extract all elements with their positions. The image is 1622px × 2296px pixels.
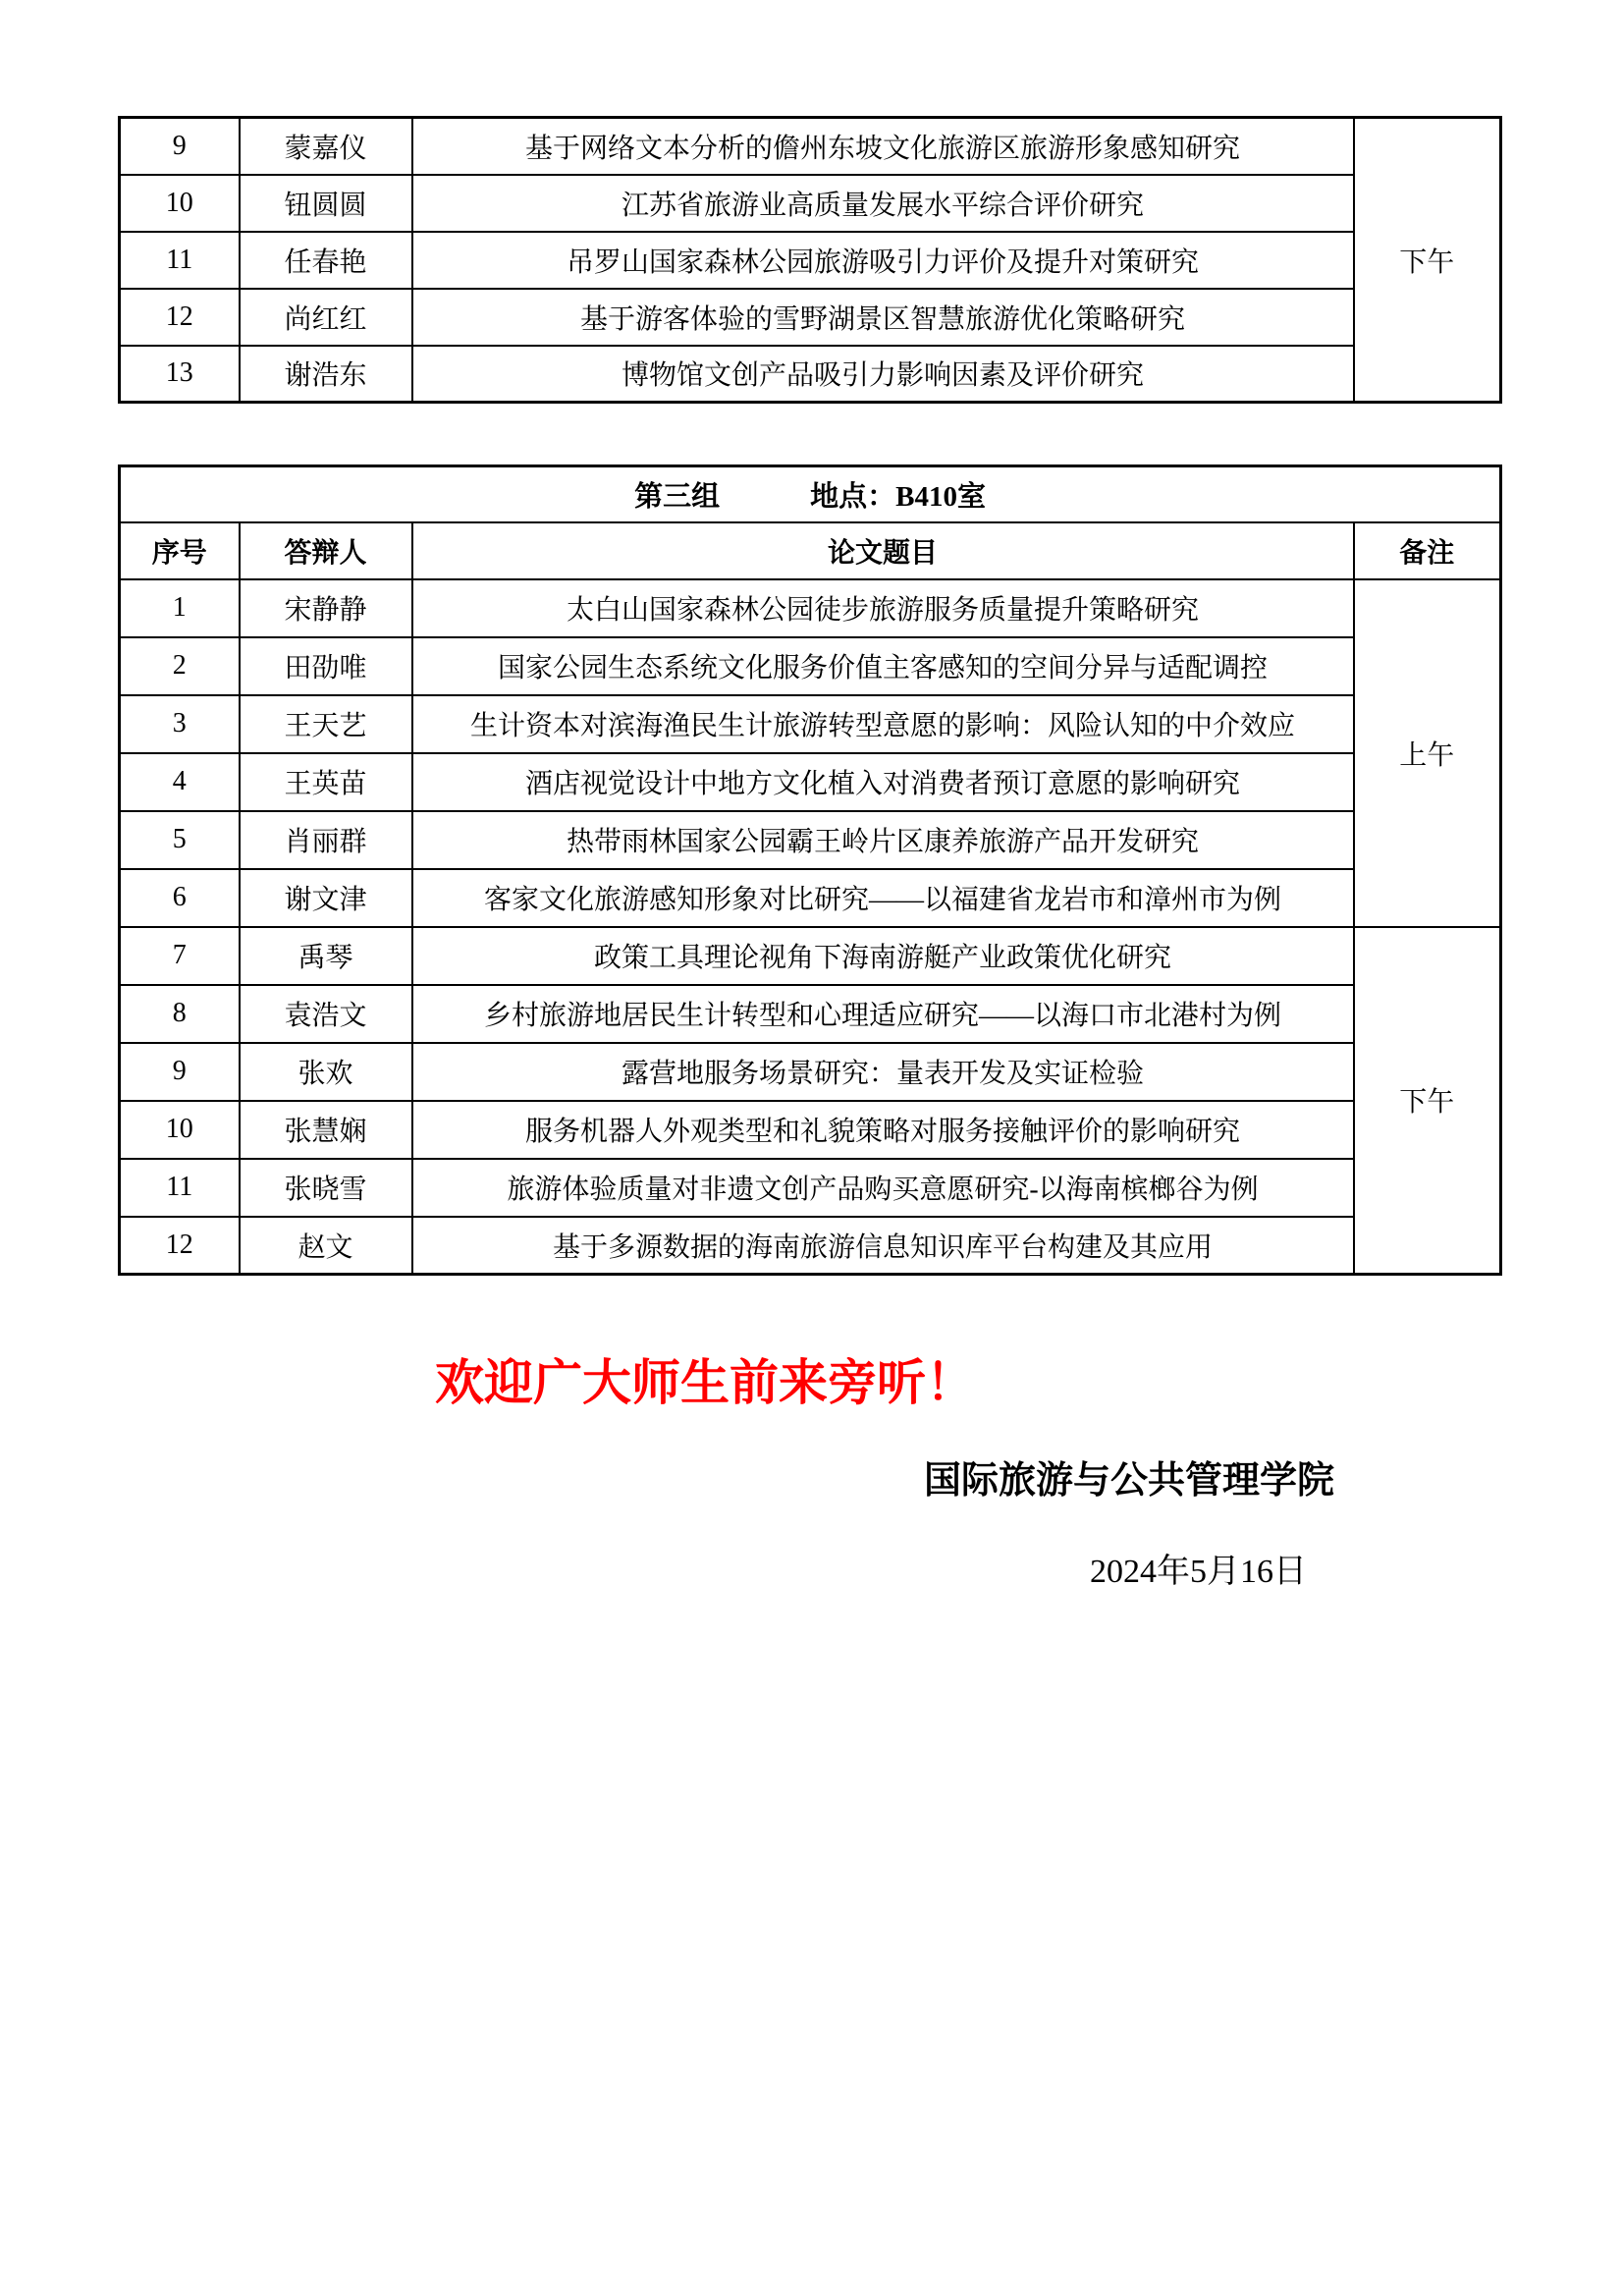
thesis-title: 基于网络文本分析的儋州东坡文化旅游区旅游形象感知研究 bbox=[412, 118, 1354, 175]
header-row: 序号 答辩人 论文题目 备注 bbox=[120, 522, 1501, 579]
row-number: 1 bbox=[120, 579, 240, 637]
group-table-continuation: 9 蒙嘉仪 基于网络文本分析的儋州东坡文化旅游区旅游形象感知研究 下午 10 钮… bbox=[118, 116, 1502, 404]
row-number: 5 bbox=[120, 811, 240, 869]
thesis-title: 政策工具理论视角下海南游艇产业政策优化研究 bbox=[412, 927, 1354, 985]
thesis-title: 乡村旅游地居民生计转型和心理适应研究——以海口市北港村为例 bbox=[412, 985, 1354, 1043]
table-row: 8 袁浩文 乡村旅游地居民生计转型和心理适应研究——以海口市北港村为例 bbox=[120, 985, 1501, 1043]
thesis-title: 旅游体验质量对非遗文创产品购买意愿研究-以海南槟榔谷为例 bbox=[412, 1159, 1354, 1217]
defender-name: 王天艺 bbox=[240, 695, 412, 753]
row-number: 11 bbox=[120, 1159, 240, 1217]
thesis-title: 露营地服务场景研究：量表开发及实证检验 bbox=[412, 1043, 1354, 1101]
table-row: 2 田劭唯 国家公园生态系统文化服务价值主客感知的空间分异与适配调控 bbox=[120, 637, 1501, 695]
remark-afternoon: 下午 bbox=[1354, 118, 1501, 403]
thesis-title: 江苏省旅游业高质量发展水平综合评价研究 bbox=[412, 175, 1354, 232]
thesis-title: 服务机器人外观类型和礼貌策略对服务接触评价的影响研究 bbox=[412, 1101, 1354, 1159]
row-number: 6 bbox=[120, 869, 240, 927]
table-row: 12 尚红红 基于游客体验的雪野湖景区智慧旅游优化策略研究 bbox=[120, 289, 1501, 346]
row-number: 10 bbox=[120, 1101, 240, 1159]
defender-name: 王英苗 bbox=[240, 753, 412, 811]
defender-name: 谢文津 bbox=[240, 869, 412, 927]
thesis-title: 热带雨林国家公园霸王岭片区康养旅游产品开发研究 bbox=[412, 811, 1354, 869]
row-number: 7 bbox=[120, 927, 240, 985]
thesis-title: 基于多源数据的海南旅游信息知识库平台构建及其应用 bbox=[412, 1217, 1354, 1275]
defender-name: 赵文 bbox=[240, 1217, 412, 1275]
row-number: 4 bbox=[120, 753, 240, 811]
header-defender: 答辩人 bbox=[240, 522, 412, 579]
thesis-title: 基于游客体验的雪野湖景区智慧旅游优化策略研究 bbox=[412, 289, 1354, 346]
thesis-title: 生计资本对滨海渔民生计旅游转型意愿的影响：风险认知的中介效应 bbox=[412, 695, 1354, 753]
row-number: 8 bbox=[120, 985, 240, 1043]
table-row: 10 张慧娴 服务机器人外观类型和礼貌策略对服务接触评价的影响研究 bbox=[120, 1101, 1501, 1159]
table-row: 10 钮圆圆 江苏省旅游业高质量发展水平综合评价研究 bbox=[120, 175, 1501, 232]
row-number: 12 bbox=[120, 1217, 240, 1275]
thesis-title: 客家文化旅游感知形象对比研究——以福建省龙岩市和漳州市为例 bbox=[412, 869, 1354, 927]
table-row: 11 张晓雪 旅游体验质量对非遗文创产品购买意愿研究-以海南槟榔谷为例 bbox=[120, 1159, 1501, 1217]
remark-morning: 上午 bbox=[1354, 579, 1501, 927]
defender-name: 肖丽群 bbox=[240, 811, 412, 869]
defender-name: 张欢 bbox=[240, 1043, 412, 1101]
defender-name: 禹琴 bbox=[240, 927, 412, 985]
group-label: 第三组 bbox=[634, 481, 720, 513]
table-row: 12 赵文 基于多源数据的海南旅游信息知识库平台构建及其应用 bbox=[120, 1217, 1501, 1275]
table-row: 6 谢文津 客家文化旅游感知形象对比研究——以福建省龙岩市和漳州市为例 bbox=[120, 869, 1501, 927]
row-number: 13 bbox=[120, 346, 240, 403]
defender-name: 张晓雪 bbox=[240, 1159, 412, 1217]
table-row: 7 禹琴 政策工具理论视角下海南游艇产业政策优化研究 下午 bbox=[120, 927, 1501, 985]
table-row: 9 蒙嘉仪 基于网络文本分析的儋州东坡文化旅游区旅游形象感知研究 下午 bbox=[120, 118, 1501, 175]
table-row: 9 张欢 露营地服务场景研究：量表开发及实证检验 bbox=[120, 1043, 1501, 1101]
row-number: 10 bbox=[120, 175, 240, 232]
header-no: 序号 bbox=[120, 522, 240, 579]
defender-name: 张慧娴 bbox=[240, 1101, 412, 1159]
defender-name: 袁浩文 bbox=[240, 985, 412, 1043]
location-label: 地点：B410室 bbox=[810, 481, 986, 513]
defender-name: 田劭唯 bbox=[240, 637, 412, 695]
table-row: 3 王天艺 生计资本对滨海渔民生计旅游转型意愿的影响：风险认知的中介效应 bbox=[120, 695, 1501, 753]
group3-title-cell: 第三组地点：B410室 bbox=[120, 466, 1501, 522]
defender-name: 任春艳 bbox=[240, 232, 412, 289]
thesis-title: 国家公园生态系统文化服务价值主客感知的空间分异与适配调控 bbox=[412, 637, 1354, 695]
table-row: 11 任春艳 吊罗山国家森林公园旅游吸引力评价及提升对策研究 bbox=[120, 232, 1501, 289]
defender-name: 蒙嘉仪 bbox=[240, 118, 412, 175]
college-name: 国际旅游与公共管理学院 bbox=[924, 1449, 1334, 1503]
row-number: 9 bbox=[120, 118, 240, 175]
thesis-title: 太白山国家森林公园徒步旅游服务质量提升策略研究 bbox=[412, 579, 1354, 637]
group3-table: 第三组地点：B410室 序号 答辩人 论文题目 备注 1 宋静静 太白山国家森林… bbox=[118, 465, 1502, 1276]
table-row: 4 王英苗 酒店视觉设计中地方文化植入对消费者预订意愿的影响研究 bbox=[120, 753, 1501, 811]
table-row: 1 宋静静 太白山国家森林公园徒步旅游服务质量提升策略研究 上午 bbox=[120, 579, 1501, 637]
welcome-text: 欢迎广大师生前来旁听！ bbox=[435, 1343, 975, 1414]
thesis-title: 博物馆文创产品吸引力影响因素及评价研究 bbox=[412, 346, 1354, 403]
defender-name: 宋静静 bbox=[240, 579, 412, 637]
thesis-title: 吊罗山国家森林公园旅游吸引力评价及提升对策研究 bbox=[412, 232, 1354, 289]
page: 9 蒙嘉仪 基于网络文本分析的儋州东坡文化旅游区旅游形象感知研究 下午 10 钮… bbox=[0, 0, 1622, 2296]
header-remark: 备注 bbox=[1354, 522, 1501, 579]
defender-name: 尚红红 bbox=[240, 289, 412, 346]
header-thesis: 论文题目 bbox=[412, 522, 1354, 579]
row-number: 9 bbox=[120, 1043, 240, 1101]
row-number: 3 bbox=[120, 695, 240, 753]
row-number: 11 bbox=[120, 232, 240, 289]
defender-name: 钮圆圆 bbox=[240, 175, 412, 232]
defender-name: 谢浩东 bbox=[240, 346, 412, 403]
remark-afternoon: 下午 bbox=[1354, 927, 1501, 1275]
row-number: 12 bbox=[120, 289, 240, 346]
group3-title-row: 第三组地点：B410室 bbox=[120, 466, 1501, 522]
table-row: 13 谢浩东 博物馆文创产品吸引力影响因素及评价研究 bbox=[120, 346, 1501, 403]
thesis-title: 酒店视觉设计中地方文化植入对消费者预订意愿的影响研究 bbox=[412, 753, 1354, 811]
date-text: 2024年5月16日 bbox=[1090, 1544, 1307, 1592]
row-number: 2 bbox=[120, 637, 240, 695]
table-row: 5 肖丽群 热带雨林国家公园霸王岭片区康养旅游产品开发研究 bbox=[120, 811, 1501, 869]
